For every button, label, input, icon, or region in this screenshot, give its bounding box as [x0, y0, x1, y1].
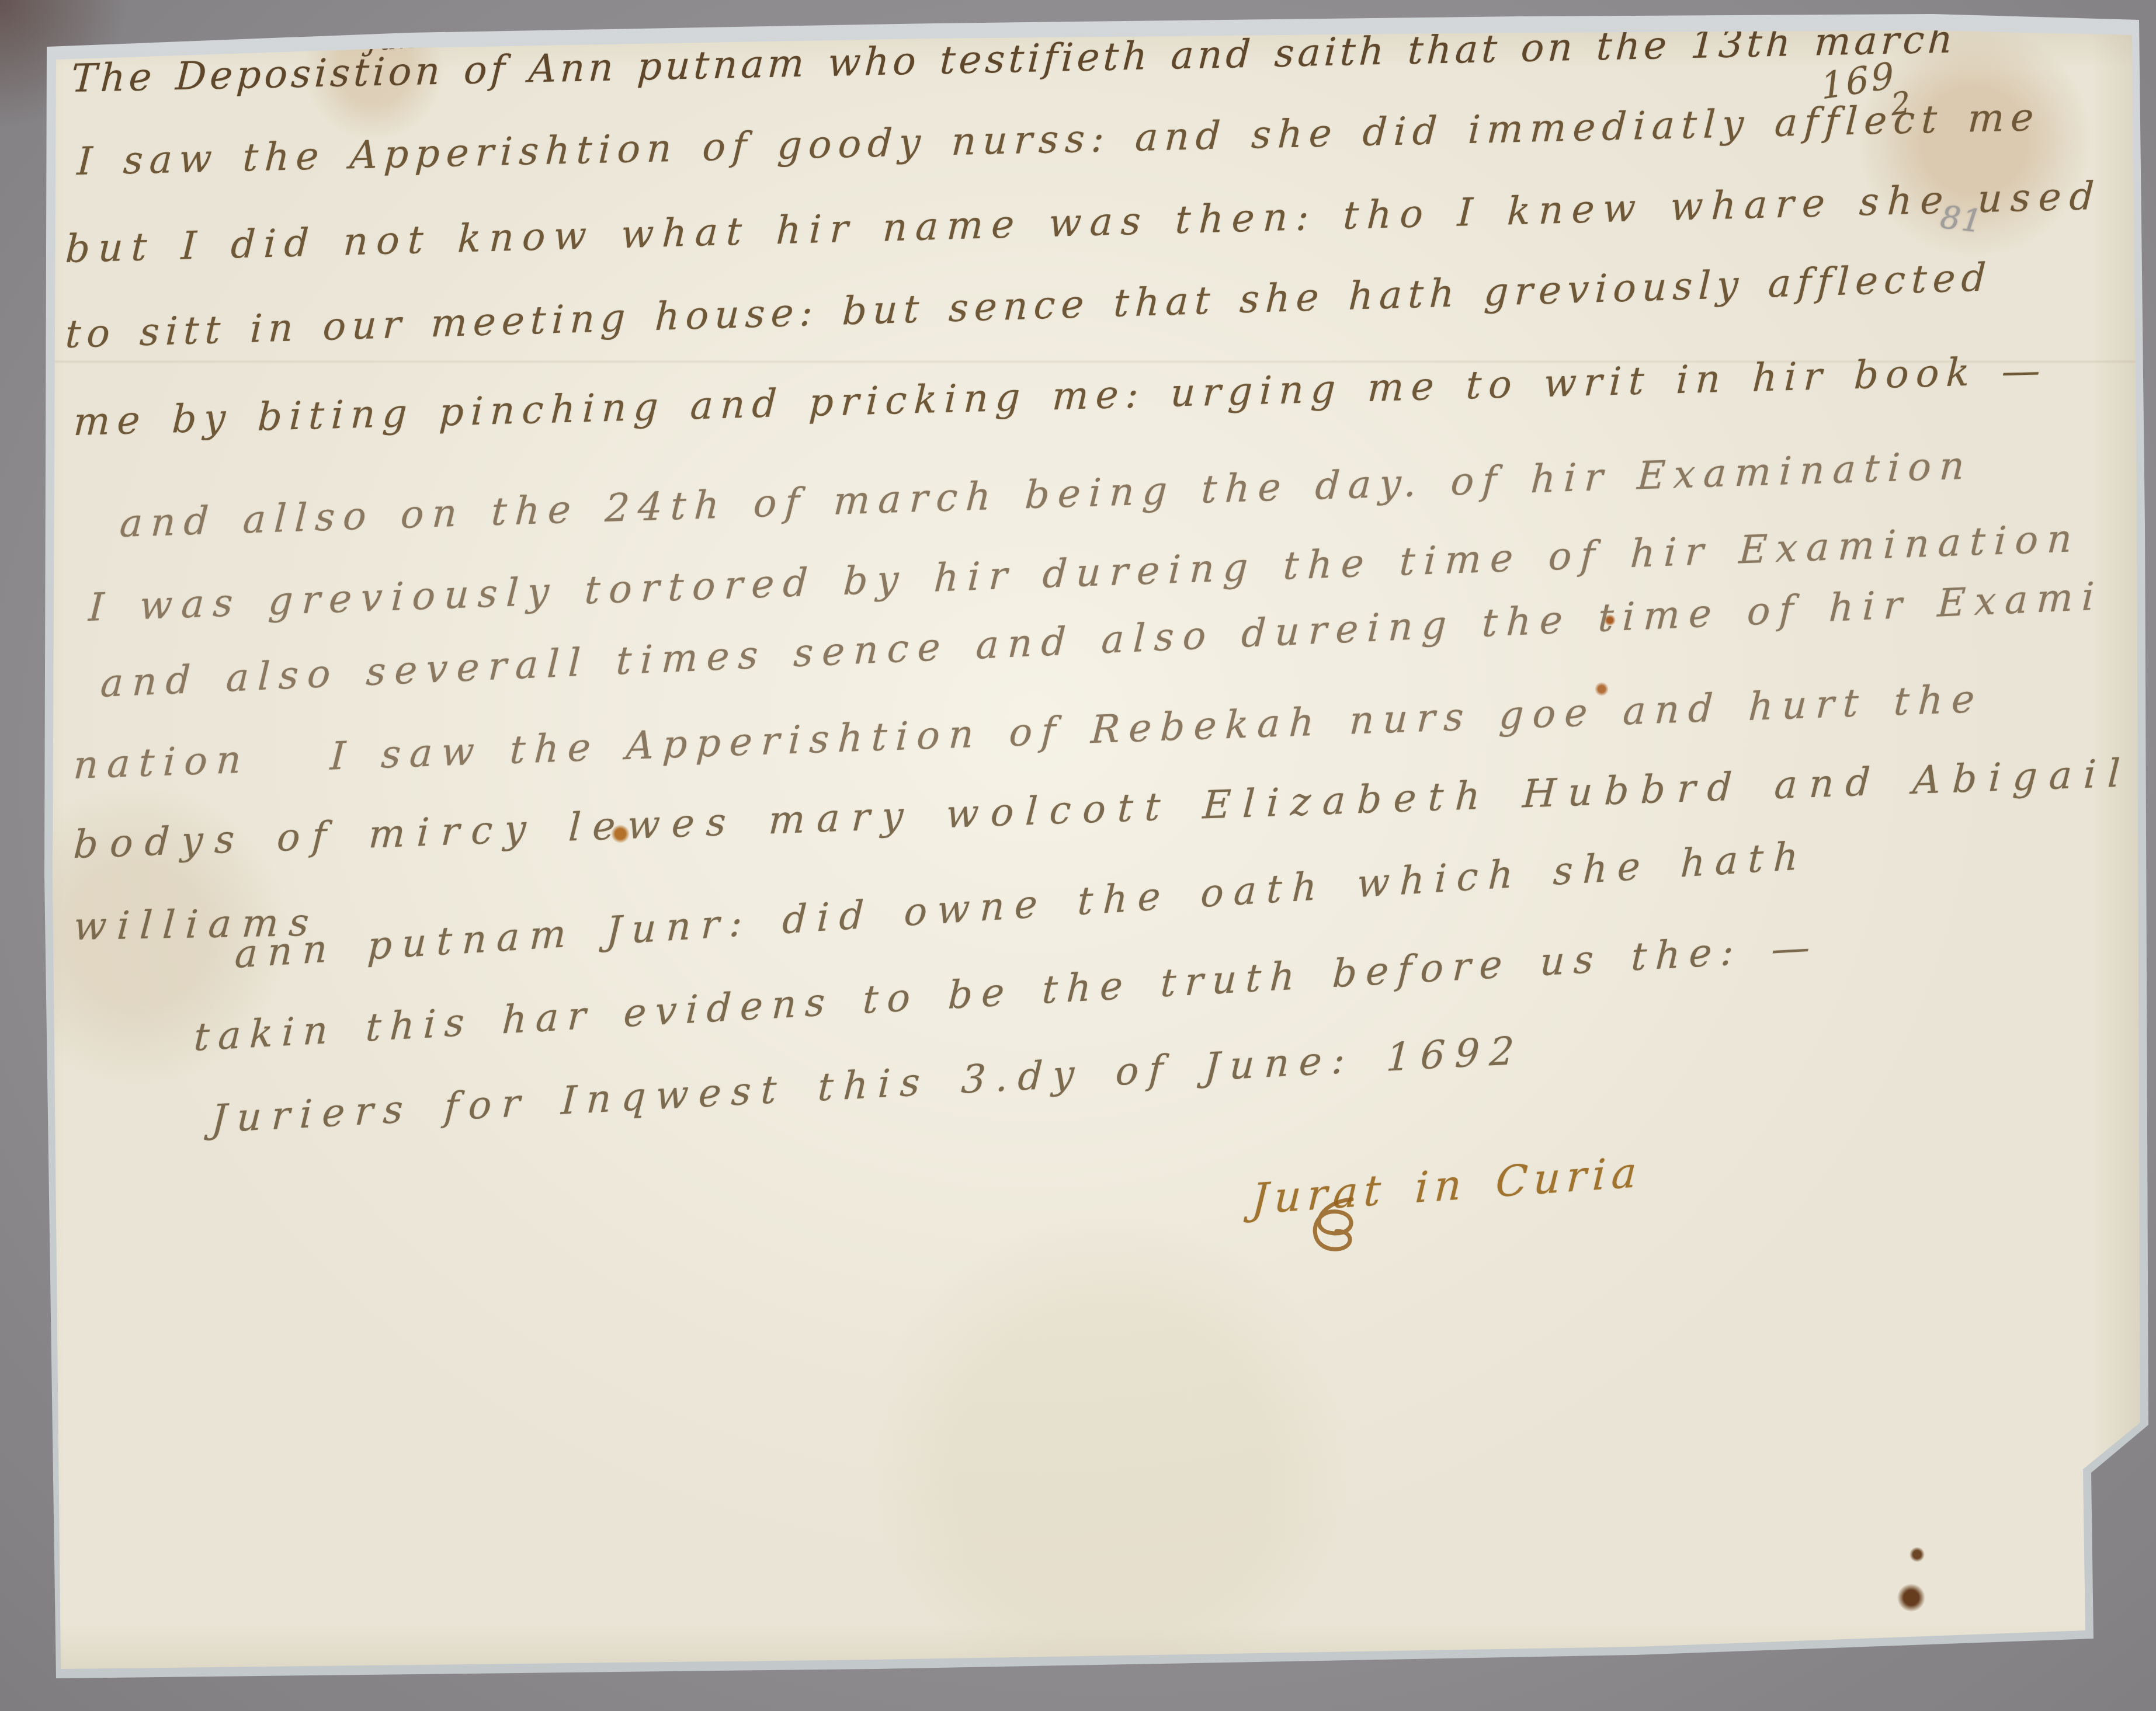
manuscript-line-2: I saw the Apperishtion of goody nurss: a… — [76, 95, 2041, 184]
ink-flourish-icon — [1283, 1184, 1384, 1295]
manuscript-line-3: but I did not know what hir name was the… — [64, 173, 2103, 272]
manuscript-page: Junr 169 2 81 The Deposistion of Ann put… — [0, 0, 2156, 1711]
scan-background: Junr 169 2 81 The Deposistion of Ann put… — [0, 0, 2156, 1711]
manuscript-line-4: to sitt in our meeting house: but sence … — [64, 255, 1992, 357]
manuscript-line-5: me by biting pinching and pricking me: u… — [72, 347, 2048, 444]
